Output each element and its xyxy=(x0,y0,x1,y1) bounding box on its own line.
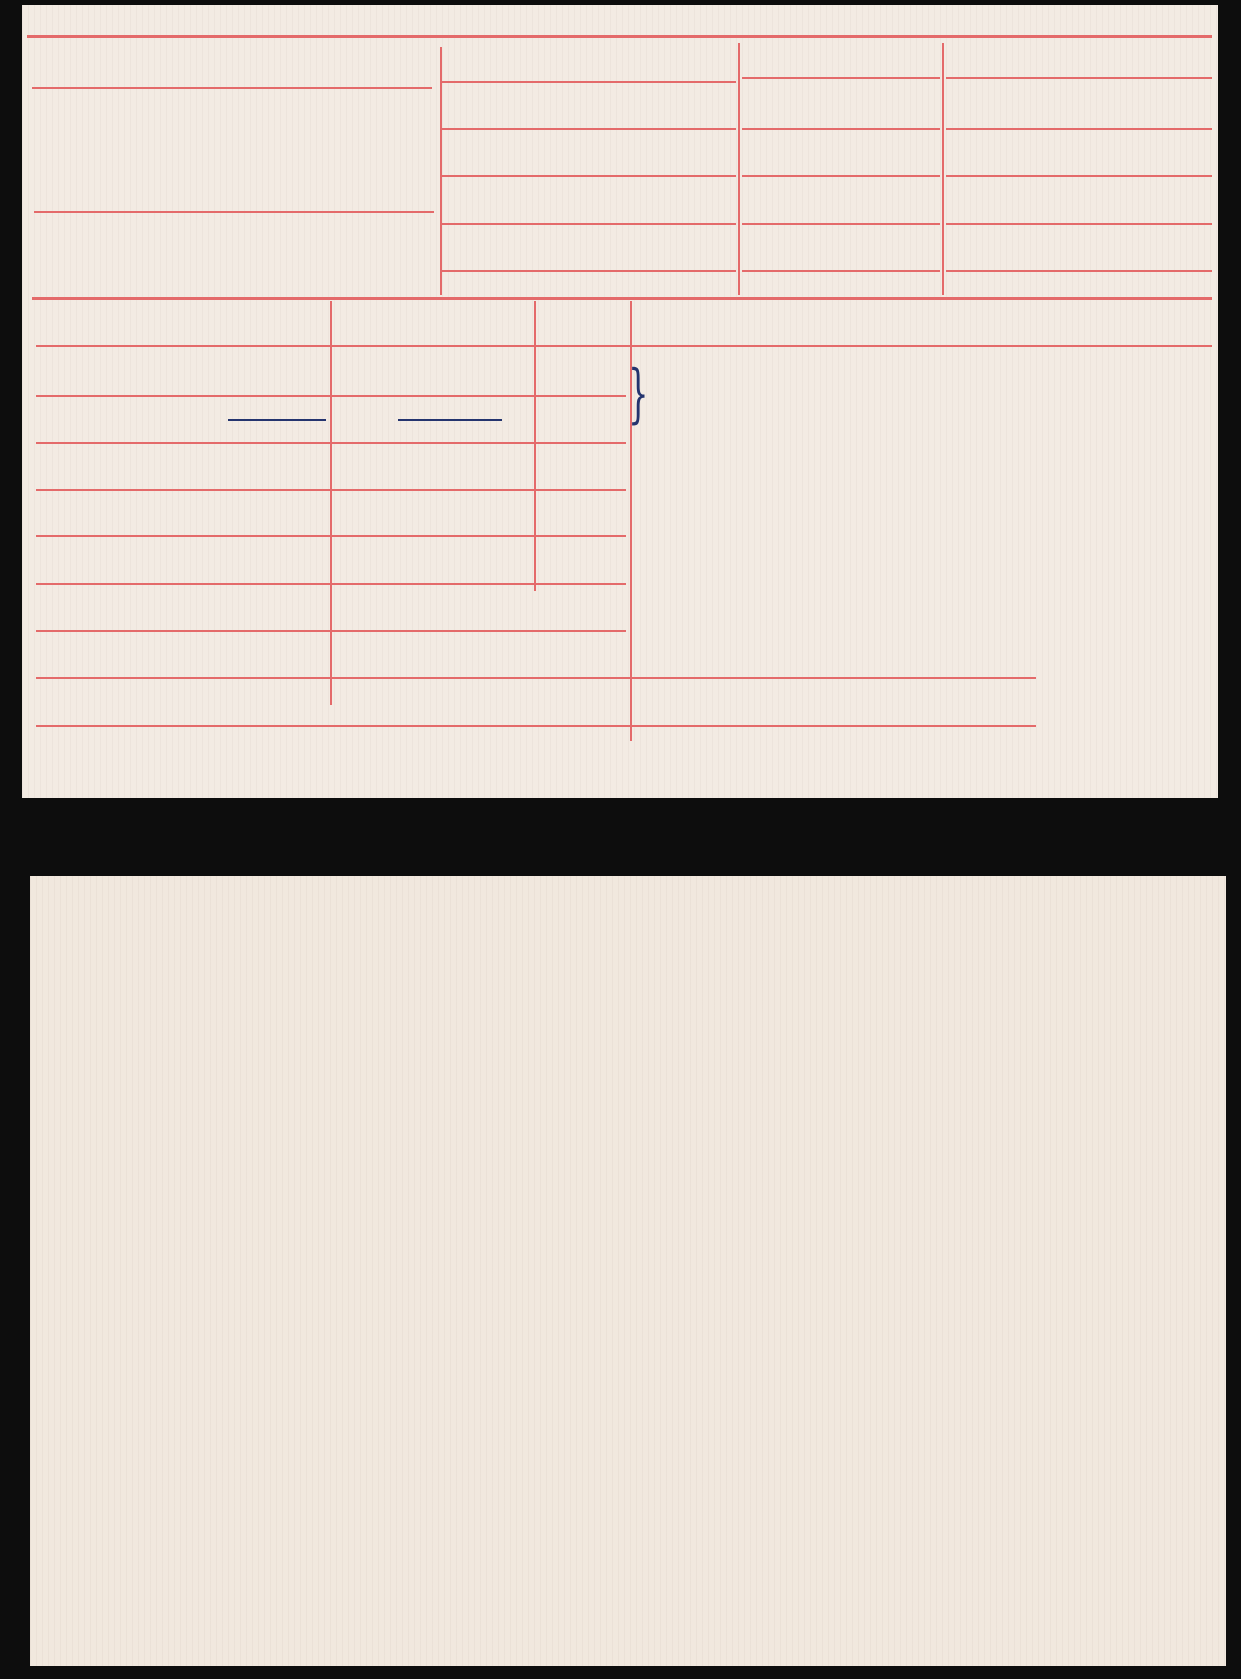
ruling-line xyxy=(946,128,1212,130)
ruling-line xyxy=(36,345,1212,347)
ruling-line xyxy=(742,77,940,79)
ruling-line xyxy=(36,395,626,397)
ruling-line xyxy=(32,87,432,89)
ditto-dash xyxy=(228,419,326,421)
ruling-line xyxy=(36,677,1036,679)
ruling-line xyxy=(36,630,626,632)
ruling-line xyxy=(36,442,626,444)
brace: } xyxy=(628,357,648,431)
ruling-line xyxy=(442,223,736,225)
ruling-line xyxy=(36,583,626,585)
ruling-line xyxy=(742,175,940,177)
ruling-line xyxy=(442,81,736,83)
column-divider xyxy=(330,301,332,705)
column-divider xyxy=(738,43,740,295)
ruling-line xyxy=(32,297,1212,300)
ruling-line xyxy=(442,270,736,272)
column-divider xyxy=(440,47,442,295)
medal-index-card-back xyxy=(30,876,1226,1666)
ruling-line xyxy=(946,223,1212,225)
ruling-line xyxy=(27,35,1212,38)
ruling-line xyxy=(36,489,626,491)
column-divider xyxy=(942,43,944,295)
ruling-line xyxy=(742,223,940,225)
ruling-line xyxy=(946,77,1212,79)
ruling-line xyxy=(946,175,1212,177)
ruling-line xyxy=(742,128,940,130)
ruling-line xyxy=(742,270,940,272)
ruling-line xyxy=(442,128,736,130)
ruling-line xyxy=(36,535,626,537)
ruling-line xyxy=(442,175,736,177)
ditto-dash xyxy=(398,419,502,421)
ruling-line xyxy=(34,211,434,213)
ruling-line xyxy=(36,725,1036,727)
ruling-line xyxy=(946,270,1212,272)
medal-index-card-front: } xyxy=(22,5,1218,798)
